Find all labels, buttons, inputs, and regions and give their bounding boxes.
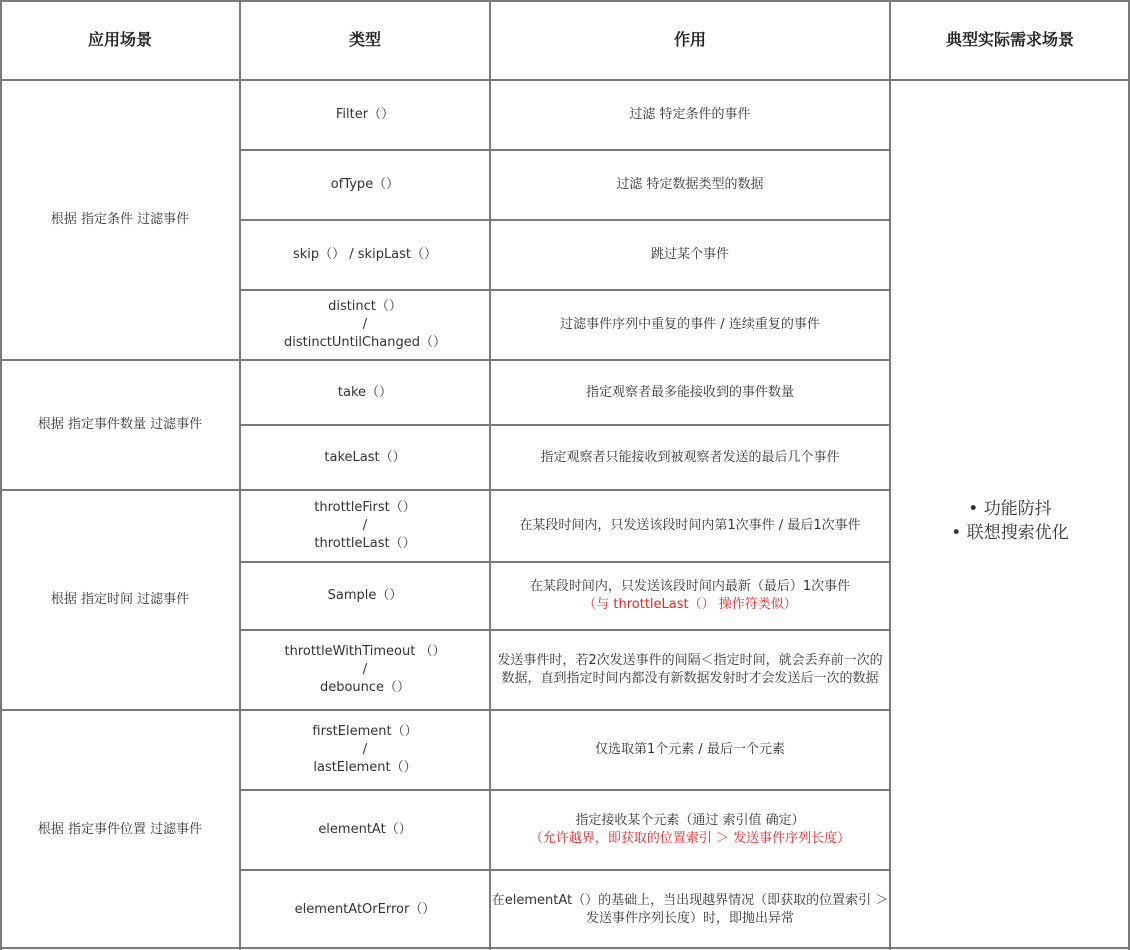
grid-line: [240, 289, 890, 291]
header-label: 作用: [674, 31, 706, 49]
desc-cell: 指定观察者只能接收到被观察者发送的最后几个事件: [490, 425, 890, 490]
type-cell: ofType（）: [240, 150, 490, 220]
header-label: 典型实际需求场景: [946, 31, 1074, 49]
desc-text: 过滤事件序列中重复的事件 / 连续重复的事件: [560, 316, 820, 334]
desc-text: 发送事件时，若2次发送事件的间隔＜指定时间，就会丢弃前一次的: [497, 652, 882, 670]
type-cell: distinct（）/distinctUntilChanged（）: [240, 290, 490, 360]
grid-line: [0, 359, 890, 361]
type-label: takeLast（）: [324, 449, 405, 467]
desc-cell: 在某段时间内，只发送该段时间内最新（最后）1次事件（与 throttleLast…: [490, 562, 890, 630]
type-cell: elementAtOrError（）: [240, 870, 490, 950]
type-cell: take（）: [240, 360, 490, 425]
desc-cell: 跳过某个事件: [490, 220, 890, 290]
desc-text: 过滤 特定条件的事件: [629, 106, 750, 124]
use-case-cell: • 功能防抖 • 联想搜索优化: [890, 80, 1130, 950]
type-cell: Sample（）: [240, 562, 490, 630]
group-label: 根据 指定事件位置 过滤事件: [38, 821, 202, 839]
type-label: firstElement（）: [312, 723, 417, 741]
group-by-count: 根据 指定事件数量 过滤事件: [0, 360, 240, 490]
type-separator: /: [363, 661, 367, 679]
grid-line: [889, 0, 891, 950]
type-label: throttleWithTimeout （）: [285, 643, 446, 661]
type-label: skip（） / skipLast（）: [293, 246, 437, 264]
desc-text: 过滤 特定数据类型的数据: [616, 176, 763, 194]
type-separator: /: [363, 316, 367, 334]
desc-text: 指定观察者只能接收到被观察者发送的最后几个事件: [540, 449, 839, 467]
desc-cell: 在elementAt（）的基础上，当出现越界情况（即获取的位置索引 ＞发送事件序…: [490, 870, 890, 950]
grid-line: [0, 489, 890, 491]
type-cell: skip（） / skipLast（）: [240, 220, 490, 290]
grid-line: [240, 561, 890, 563]
desc-cell: 仅选取第1个元素 / 最后一个元素: [490, 710, 890, 790]
group-label: 根据 指定条件 过滤事件: [51, 211, 189, 229]
desc-text: 仅选取第1个元素 / 最后一个元素: [595, 741, 785, 759]
desc-text: 发送事件序列长度）时，即抛出异常: [586, 910, 794, 928]
header-type: 类型: [240, 0, 490, 80]
type-separator: /: [363, 741, 367, 759]
type-cell: throttleWithTimeout （）/debounce（）: [240, 630, 490, 710]
type-label: ofType（）: [331, 176, 399, 194]
type-label: distinctUntilChanged（）: [284, 334, 446, 352]
desc-text: 在某段时间内，只发送该段时间内第1次事件 / 最后1次事件: [519, 517, 860, 535]
type-label: Filter（）: [336, 106, 394, 124]
grid-line: [0, 0, 2, 950]
grid-line: [0, 0, 1130, 2]
group-by-time: 根据 指定时间 过滤事件: [0, 490, 240, 710]
grid-line: [240, 149, 890, 151]
grid-line: [0, 709, 890, 711]
type-label: debounce（）: [320, 679, 410, 697]
grid-line: [0, 79, 1130, 81]
group-label: 根据 指定事件数量 过滤事件: [38, 416, 202, 434]
type-cell: takeLast（）: [240, 425, 490, 490]
group-by-condition: 根据 指定条件 过滤事件: [0, 80, 240, 360]
grid-line: [239, 0, 241, 950]
grid-line: [240, 629, 890, 631]
desc-text: 指定观察者最多能接收到的事件数量: [586, 384, 794, 402]
desc-cell: 过滤事件序列中重复的事件 / 连续重复的事件: [490, 290, 890, 360]
header-scenario: 应用场景: [0, 0, 240, 80]
desc-text: 数据，直到指定时间内都没有新数据发射时才会发送后一次的数据: [501, 670, 878, 688]
type-label: throttleLast（）: [314, 535, 415, 553]
group-by-position: 根据 指定事件位置 过滤事件: [0, 710, 240, 950]
desc-cell: 发送事件时，若2次发送事件的间隔＜指定时间，就会丢弃前一次的数据，直到指定时间内…: [490, 630, 890, 710]
desc-text: 跳过某个事件: [651, 246, 729, 264]
type-label: elementAtOrError（）: [295, 901, 436, 919]
desc-note: （允许越界，即获取的位置索引 ＞ 发送事件序列长度）: [530, 830, 850, 848]
grid-line: [489, 0, 491, 950]
type-label: distinct（）: [328, 298, 402, 316]
type-cell: firstElement（）/lastElement（）: [240, 710, 490, 790]
grid-line: [240, 219, 890, 221]
type-cell: elementAt（）: [240, 790, 490, 870]
use-case-item: • 联想搜索优化: [951, 521, 1068, 545]
type-cell: throttleFirst（）/throttleLast（）: [240, 490, 490, 562]
use-case-item: • 功能防抖: [968, 497, 1051, 521]
type-label: lastElement（）: [313, 759, 416, 777]
grid-line: [240, 424, 890, 426]
header-use-case: 典型实际需求场景: [890, 0, 1130, 80]
type-label: Sample（）: [328, 587, 403, 605]
desc-cell: 指定观察者最多能接收到的事件数量: [490, 360, 890, 425]
desc-text: 在某段时间内，只发送该段时间内最新（最后）1次事件: [530, 578, 850, 596]
desc-note: （与 throttleLast（） 操作符类似）: [583, 596, 797, 614]
type-label: throttleFirst（）: [314, 499, 416, 517]
header-purpose: 作用: [490, 0, 890, 80]
desc-cell: 过滤 特定条件的事件: [490, 80, 890, 150]
desc-text: 在elementAt（）的基础上，当出现越界情况（即获取的位置索引 ＞: [492, 892, 889, 910]
type-label: take（）: [338, 384, 392, 402]
grid-line: [0, 947, 1130, 949]
desc-cell: 过滤 特定数据类型的数据: [490, 150, 890, 220]
group-label: 根据 指定时间 过滤事件: [51, 591, 189, 609]
desc-text: 指定接收某个元素（通过 索引值 确定）: [575, 812, 804, 830]
type-cell: Filter（）: [240, 80, 490, 150]
header-label: 应用场景: [88, 31, 152, 49]
grid-line: [240, 869, 890, 871]
desc-cell: 指定接收某个元素（通过 索引值 确定）（允许越界，即获取的位置索引 ＞ 发送事件…: [490, 790, 890, 870]
type-separator: /: [363, 517, 367, 535]
header-label: 类型: [349, 31, 381, 49]
desc-cell: 在某段时间内，只发送该段时间内第1次事件 / 最后1次事件: [490, 490, 890, 562]
grid-line: [240, 789, 890, 791]
type-label: elementAt（）: [318, 821, 411, 839]
